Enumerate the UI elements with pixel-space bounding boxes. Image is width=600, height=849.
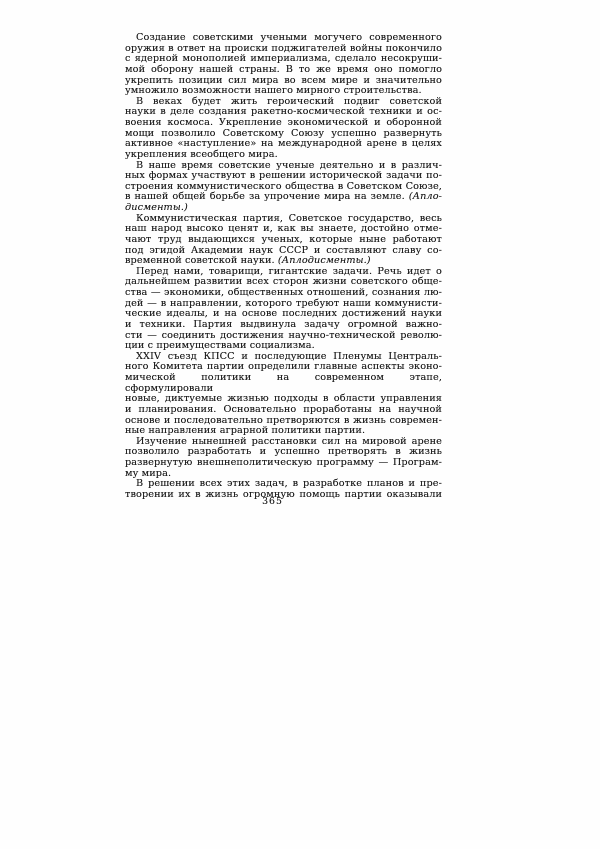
applause-note-text: (Аплодисменты.) xyxy=(278,255,371,266)
text-line: мой оборону нашей страны. В то же время … xyxy=(125,65,442,76)
text-line: чают труд выдающихся ученых, которые нын… xyxy=(125,235,442,246)
page-number: 365 xyxy=(114,496,431,507)
book-page: Создание советскими учеными могучего сов… xyxy=(0,0,600,849)
text-block: Создание советскими учеными могучего сов… xyxy=(125,33,442,501)
text-line: мической политики на современном этапе, … xyxy=(125,373,442,394)
text-line: развернутую внешнеполитическую программу… xyxy=(125,458,442,469)
applause-note-text: дисменты.) xyxy=(125,202,188,213)
text-line: и планирования. Основательно проработаны… xyxy=(125,405,442,416)
text-line: укрепления всеобщего мира. xyxy=(125,150,442,161)
body-text: в нашей общей борьбе за упрочение мира н… xyxy=(125,191,409,202)
applause-note-text: (Апло- xyxy=(409,191,442,202)
text-line: и техники. Партия выдвинула задачу огром… xyxy=(125,320,442,331)
body-text: временной советской науки. xyxy=(125,255,278,266)
